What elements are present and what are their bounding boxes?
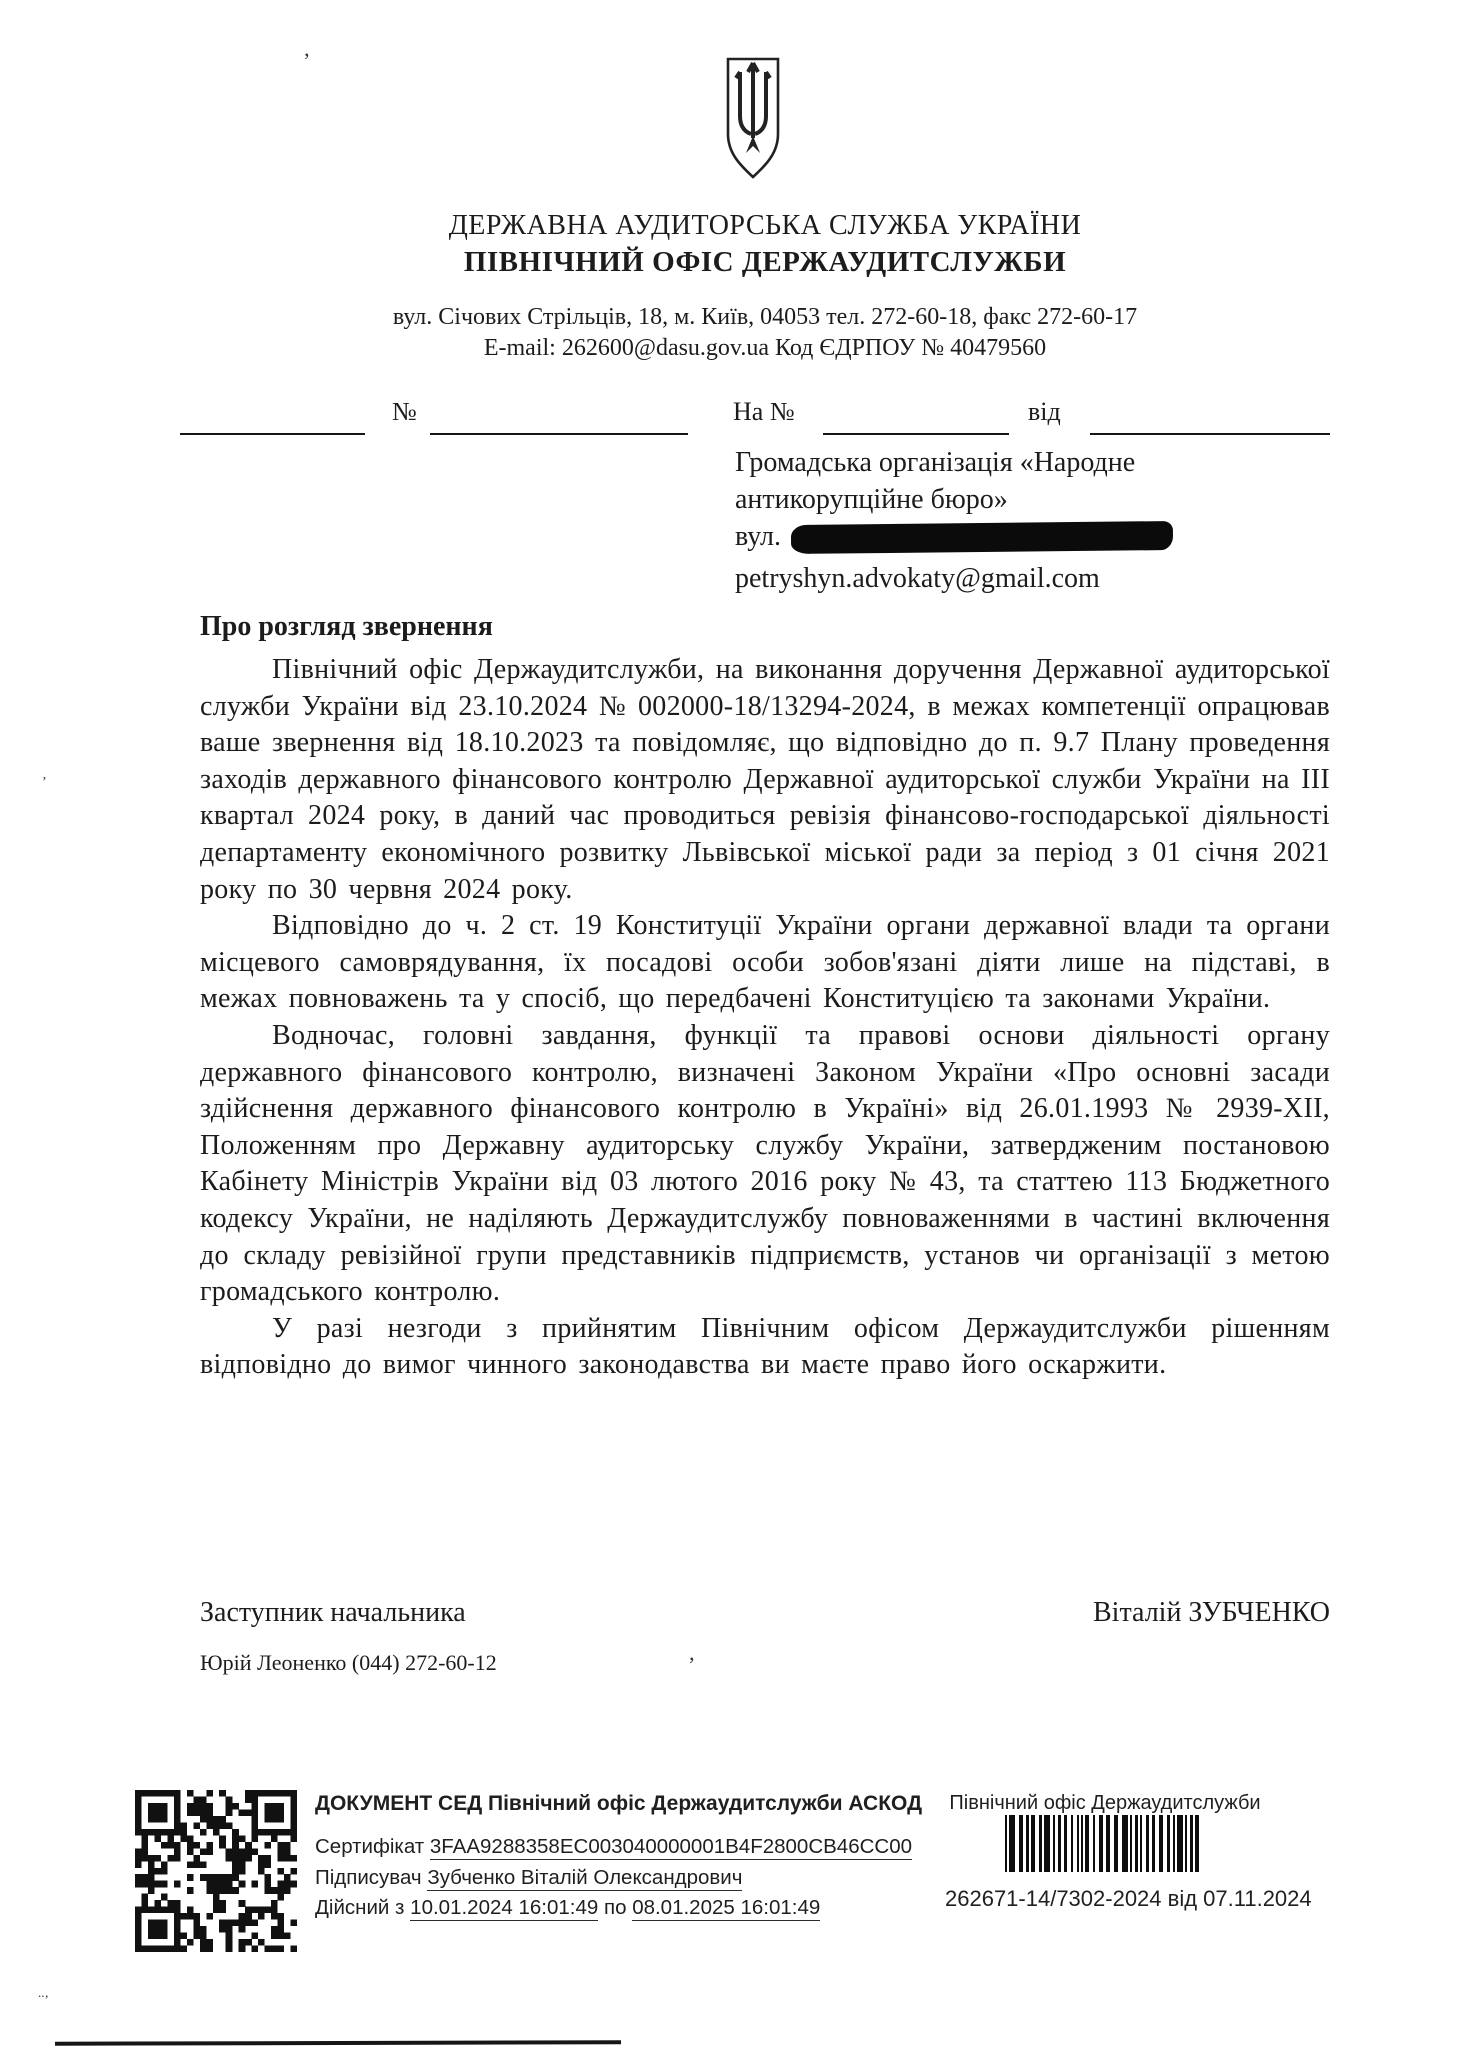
body-paragraph-1: Північний офіс Держаудитслужби, на викон… — [200, 652, 1330, 908]
org-name-primary: ДЕРЖАВНА АУДИТОРСЬКА СЛУЖБА УКРАЇНИ — [55, 210, 1475, 242]
certificate-value: 3FAA9288358EC003040000001B4F2800CB46CC00 — [430, 1835, 912, 1860]
valid-to-value: 08.01.2025 16:01:49 — [632, 1896, 820, 1921]
scan-artifact-dot: ’ — [42, 775, 47, 791]
org-name-office: ПІВНІЧНИЙ ОФІС ДЕРЖАУДИТСЛУЖБИ — [55, 246, 1475, 279]
certificate-label: Сертифікат — [315, 1835, 424, 1858]
signer-label: Підписувач — [315, 1866, 422, 1889]
validity-line: Дійсний з 10.01.2024 16:01:49 по 08.01.2… — [315, 1896, 820, 1920]
incoming-date-blank — [1090, 400, 1330, 435]
org-email-line: E-mail: 262600@dasu.gov.ua Код ЄДРПОУ № … — [55, 335, 1475, 362]
signature-position: Заступник начальника — [200, 1597, 466, 1629]
recipient-email: petryshyn.advokaty@gmail.com — [735, 560, 1205, 597]
body-paragraph-3: Водночас, головні завдання, функції та п… — [200, 1018, 1330, 1311]
scan-artifact-tick: ’ — [303, 48, 310, 74]
body-paragraph-2: Відповідно до ч. 2 ст. 19 Конституції Ук… — [200, 908, 1330, 1018]
scan-artifact-edge-line — [55, 2040, 621, 2045]
redaction-bar — [791, 521, 1173, 554]
recipient-street-line: вул. — [735, 518, 1205, 555]
certificate-line: Сертифікат 3FAA9288358EC003040000001B4F2… — [315, 1835, 912, 1859]
subject-line: Про розгляд звернення — [200, 611, 493, 643]
org-address: вул. Січових Стрільців, 18, м. Київ, 040… — [55, 304, 1475, 331]
incoming-number-blank — [823, 400, 1009, 435]
barcode-icon — [1005, 1815, 1205, 1872]
recipient-org-line1: Громадська організація «Народне — [735, 444, 1205, 481]
outgoing-number-label: № — [392, 397, 417, 427]
executor-contact: Юрій Леоненко (044) 272-60-12 — [200, 1650, 497, 1676]
body-paragraph-4: У разі незгоди з прийнятим Північним офі… — [200, 1311, 1330, 1384]
letter-body: Північний офіс Держаудитслужби, на викон… — [200, 652, 1330, 1384]
signer-line: Підписувач Зубченко Віталій Олександрови… — [315, 1866, 742, 1890]
scan-artifact-comma: ‚ — [688, 1640, 695, 1666]
signature-name: Віталій ЗУБЧЕНКО — [730, 1597, 1330, 1629]
qr-code-icon — [135, 1788, 297, 1954]
validity-label: Дійсний з — [315, 1896, 404, 1919]
incoming-number-label: На № — [733, 397, 795, 427]
stamp-title: Північний офіс Держаудитслужби — [945, 1792, 1265, 1815]
ukraine-trident-emblem-icon — [723, 56, 783, 182]
validity-to-label: по — [604, 1896, 627, 1919]
sed-system-line: ДОКУМЕНТ СЕД Північний офіс Держаудитслу… — [315, 1792, 922, 1816]
recipient-street-label: вул. — [735, 521, 781, 552]
scanned-letter-page: ДЕРЖАВНА АУДИТОРСЬКА СЛУЖБА УКРАЇНИ ПІВН… — [0, 0, 1476, 2048]
valid-from-value: 10.01.2024 16:01:49 — [410, 1896, 598, 1921]
scan-artifact-specks: ..‚ — [38, 1985, 49, 2001]
signer-value: Зубченко Віталій Олександрович — [427, 1866, 742, 1891]
recipient-org-line2: антикорупційне бюро» — [735, 481, 1205, 518]
recipient-block: Громадська організація «Народне антикору… — [735, 444, 1205, 597]
stamp-number: 262671-14/7302-2024 від 07.11.2024 — [945, 1886, 1275, 1912]
outgoing-number-blank — [430, 400, 688, 435]
incoming-date-label: від — [1028, 397, 1061, 427]
outgoing-number-blank-left — [180, 400, 365, 435]
